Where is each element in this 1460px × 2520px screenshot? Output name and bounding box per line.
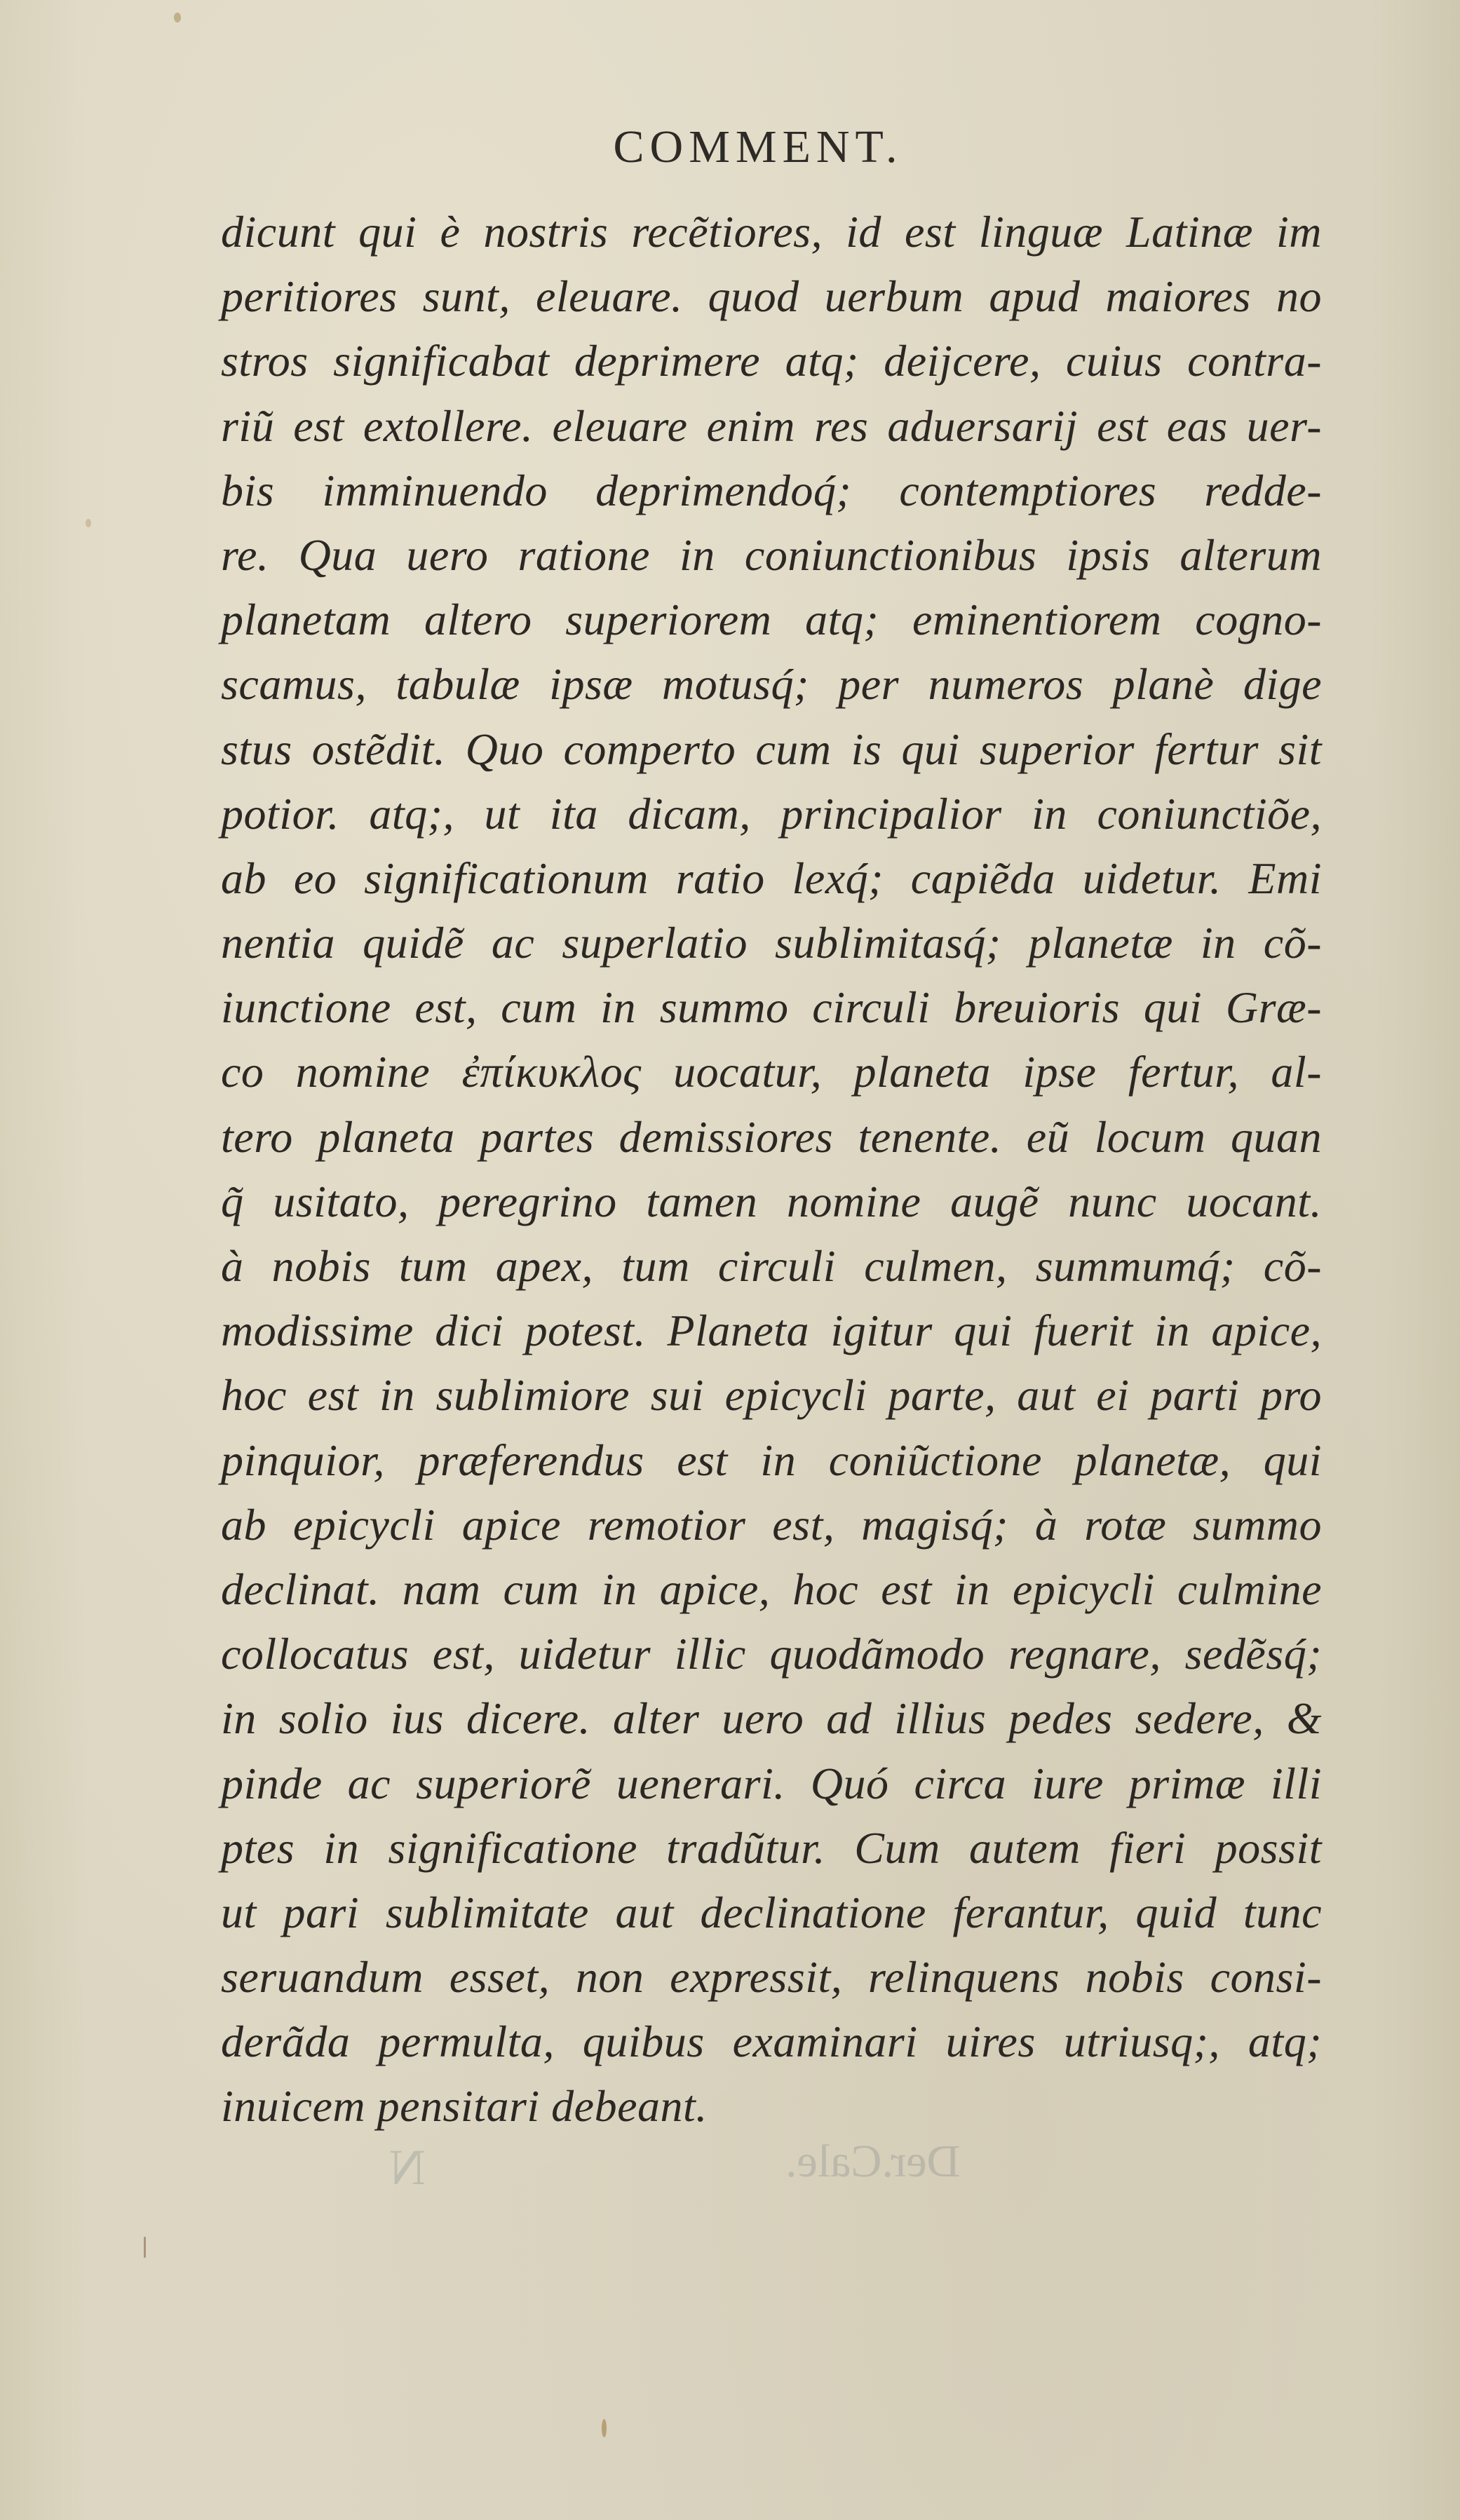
paper-stain	[602, 2419, 607, 2437]
text-line: re. Qua uero ratione in coniunctionibus …	[221, 523, 1322, 588]
text-line: bis imminuendo deprimendoq́; contemptior…	[221, 459, 1322, 523]
scanned-book-page: N Der.Cale. COMMENT. dicunt qui è nostri…	[0, 0, 1460, 2520]
text-line: riũ est extollere. eleuare enim res adue…	[221, 394, 1322, 459]
text-line: nentia quidẽ ac superlatio sublimitasq́;…	[221, 911, 1322, 975]
text-line: à nobis tum apex, tum circuli culmen, su…	[221, 1234, 1322, 1299]
text-line: ut pari sublimitate aut declinatione fer…	[221, 1881, 1322, 1945]
text-line: ab eo significationum ratio lexq́; capiẽ…	[221, 846, 1322, 911]
text-line-final: inuicem pensitari debeant.	[221, 2074, 1322, 2139]
show-through-signature: N	[389, 2139, 426, 2197]
paper-stain	[86, 519, 91, 527]
text-line: declinat. nam cum in apice, hoc est in e…	[221, 1557, 1322, 1622]
text-line: pinde ac superiorẽ uenerari. Quó circa i…	[221, 1752, 1322, 1816]
text-line: stus ostẽdit. Quo comperto cum is qui su…	[221, 717, 1322, 782]
show-through-catchword: Der.Cale.	[785, 2135, 960, 2188]
paper-fiber	[144, 2237, 146, 2258]
running-head: COMMENT.	[0, 121, 1460, 174]
text-line: potior. atq;, ut ita dicam, principalior…	[221, 782, 1322, 846]
text-line: collocatus est, uidetur illic quodãmodo …	[221, 1622, 1322, 1686]
text-line: ab epicycli apice remotior est, magisq́;…	[221, 1493, 1322, 1557]
body-text: dicunt qui è nostris recẽtiores, id est …	[221, 200, 1322, 2139]
text-line: tero planeta partes demissiores tenente.…	[221, 1105, 1322, 1170]
text-line: modissime dici potest. Planeta igitur qu…	[221, 1299, 1322, 1363]
text-line: hoc est in sublimiore sui epicycli parte…	[221, 1363, 1322, 1428]
text-line: in solio ius dicere. alter uero ad illiu…	[221, 1686, 1322, 1751]
text-line: iunctione est, cum in summo circuli breu…	[221, 975, 1322, 1040]
text-line: scamus, tabulæ ipsæ motusq́; per numeros…	[221, 652, 1322, 717]
text-line: q̃ usitato, peregrino tamen nomine augẽ …	[221, 1170, 1322, 1234]
text-line: pinquior, præferendus est in coniũctione…	[221, 1428, 1322, 1493]
text-line: seruandum esset, non expressit, relinque…	[221, 1945, 1322, 2010]
text-line: co nomine ἐπίκυκλος uocatur, planeta ips…	[221, 1040, 1322, 1104]
text-line: planetam altero superiorem atq; eminenti…	[221, 588, 1322, 652]
text-line: dicunt qui è nostris recẽtiores, id est …	[221, 200, 1322, 264]
text-line: stros significabat deprimere atq; deijce…	[221, 329, 1322, 393]
text-line: peritiores sunt, eleuare. quod uerbum ap…	[221, 264, 1322, 329]
text-line: derãda permulta, quibus examinari uires …	[221, 2010, 1322, 2074]
text-line: ptes in significatione tradũtur. Cum aut…	[221, 1816, 1322, 1881]
paper-stain	[174, 13, 181, 22]
